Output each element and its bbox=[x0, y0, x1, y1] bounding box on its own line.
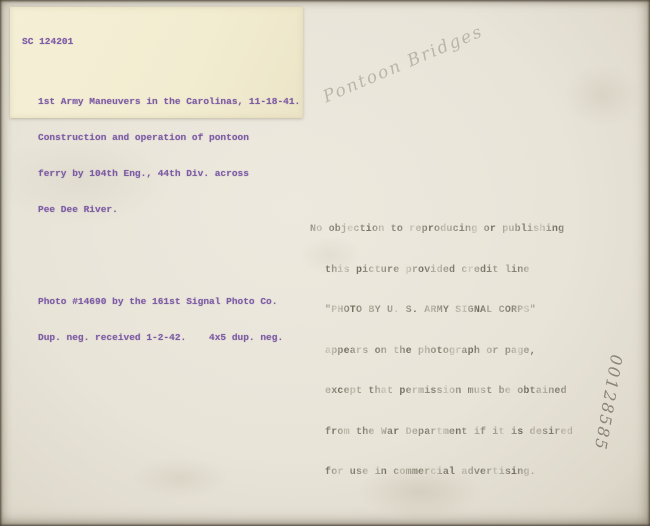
caption-line: Pee Dee River. bbox=[38, 204, 303, 216]
reproduction-rights-stamp: No objection to reproducing or publishin… bbox=[310, 196, 572, 507]
photo-info-line: Dup. neg. received 1-2-42. 4x5 dup. neg. bbox=[38, 332, 303, 344]
photo-credit-text: Photo #14690 by the 161st Signal Photo C… bbox=[38, 272, 303, 368]
stamp-line: from the War Department if it is desired bbox=[310, 426, 572, 440]
stamp-line: for use in commercial advertising. bbox=[310, 466, 572, 480]
caption-label: SC 124201 1st Army Maneuvers in the Caro… bbox=[10, 7, 303, 118]
stamp-line: appears on the photograph or page, bbox=[310, 345, 572, 359]
caption-text: 1st Army Maneuvers in the Carolinas, 11-… bbox=[38, 72, 303, 240]
photo-back-scan: SC 124201 1st Army Maneuvers in the Caro… bbox=[0, 0, 650, 526]
handwritten-negative-number: 00128585 bbox=[590, 353, 626, 451]
stamp-line: this picture provided credit line bbox=[310, 264, 572, 278]
stamp-line: No objection to reproducing or publishin… bbox=[310, 223, 572, 237]
stamp-line: "PHOTO BY U. S. ARMY SIGNAL CORPS" bbox=[310, 304, 572, 318]
handwritten-note: Pontoon Bridges bbox=[320, 26, 475, 107]
stamp-line: except that permission must be obtained bbox=[310, 385, 572, 399]
caption-line: 1st Army Maneuvers in the Carolinas, 11-… bbox=[38, 96, 303, 108]
caption-line: ferry by 104th Eng., 44th Div. across bbox=[38, 168, 303, 180]
photo-id: SC 124201 bbox=[22, 36, 303, 48]
photo-info-line: Photo #14690 by the 161st Signal Photo C… bbox=[38, 296, 303, 308]
caption-line: Construction and operation of pontoon bbox=[38, 132, 303, 144]
